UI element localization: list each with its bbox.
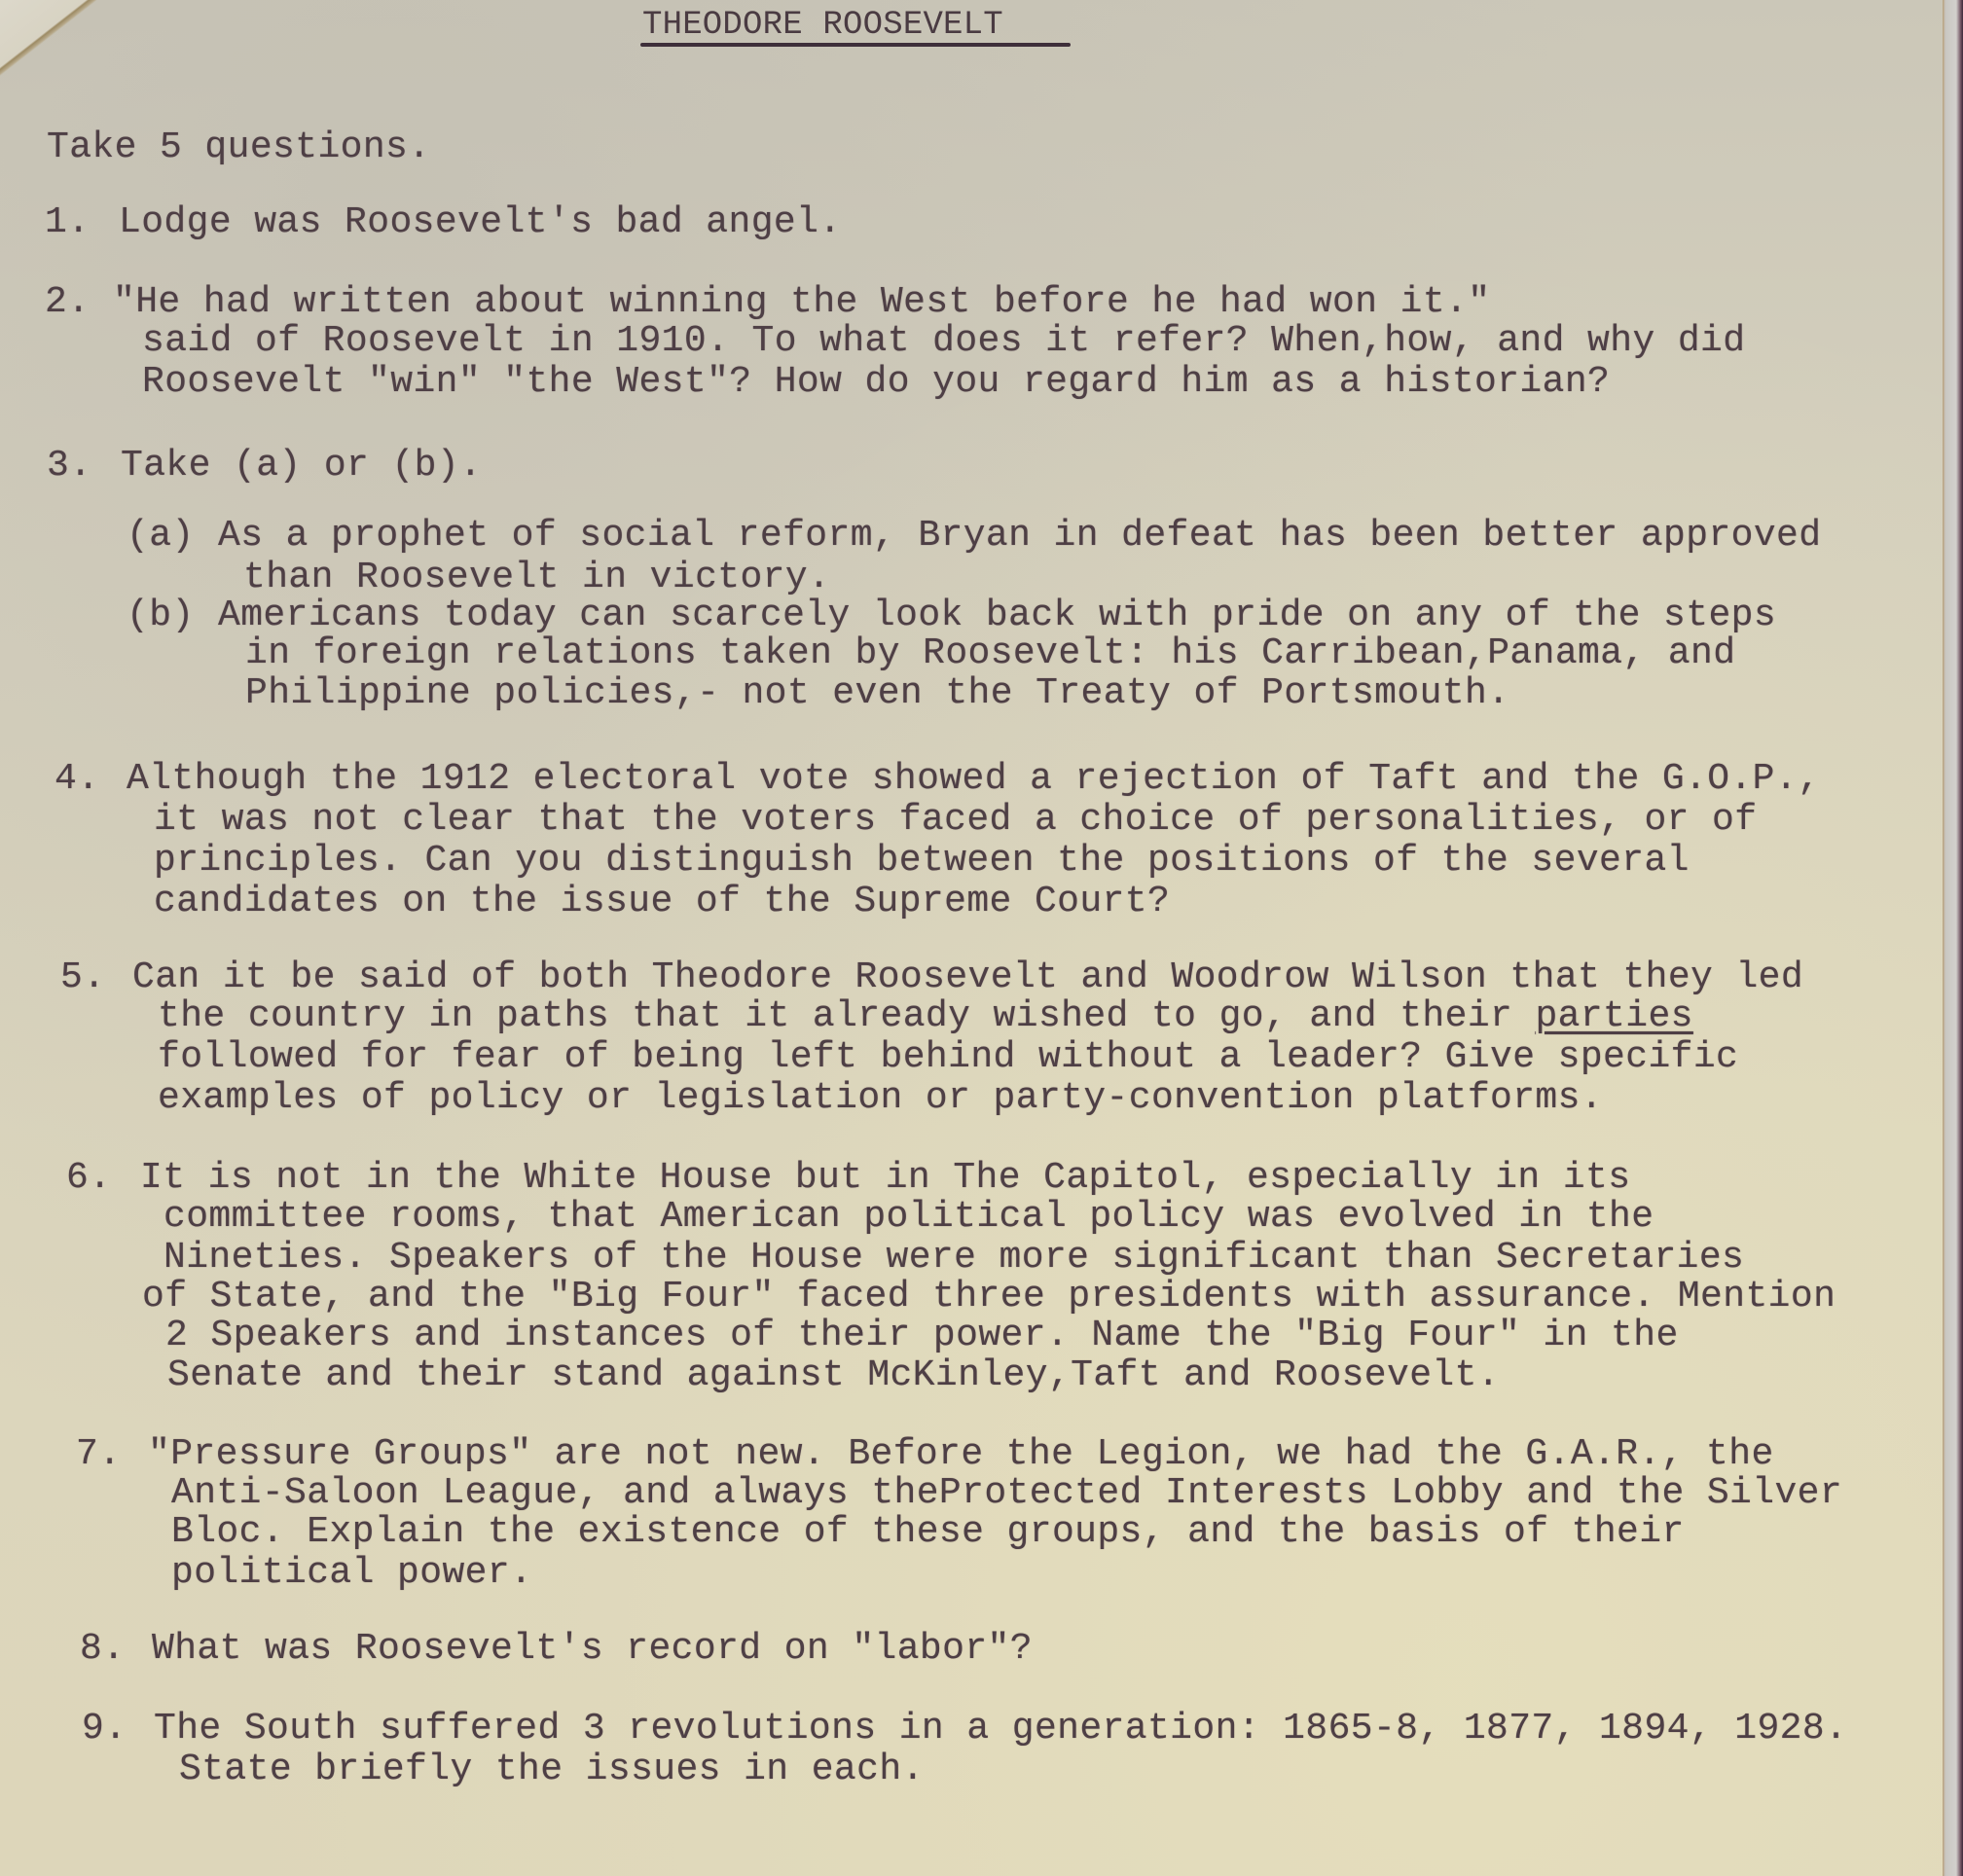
question-5-line-3: followed for fear of being left behind w… [158, 1037, 1738, 1077]
question-1-text: Lodge was Roosevelt's bad angel. [119, 202, 842, 242]
page-title: THEODORE ROOSEVELT [642, 6, 1003, 45]
question-7-line-2: Anti-Saloon League, and always theProtec… [171, 1473, 1842, 1513]
question-6-line-2: committee rooms, that American political… [164, 1197, 1654, 1237]
question-5-line-1: Can it be said of both Theodore Roosevel… [132, 957, 1803, 997]
question-6-line-3: Nineties. Speakers of the House were mor… [164, 1238, 1744, 1278]
question-4-line-1: Although the 1912 electoral vote showed … [127, 759, 1820, 799]
option-b-label: (b) [127, 595, 195, 635]
question-2-line-2: said of Roosevelt in 1910. To what does … [142, 321, 1745, 361]
question-9-number: 9. [82, 1709, 127, 1749]
question-2-line-3: Roosevelt "win" "the West"? How do you r… [142, 362, 1610, 402]
underlined-word-parties: parties [1535, 995, 1692, 1037]
question-8-text: What was Roosevelt's record on "labor"? [152, 1629, 1033, 1669]
question-8-number: 8. [80, 1629, 125, 1669]
option-a-line-1: As a prophet of social reform, Bryan in … [218, 516, 1821, 556]
instructions: Take 5 questions. [47, 127, 430, 167]
question-6-line-5: 2 Speakers and instances of their power.… [165, 1316, 1679, 1355]
option-a-line-2: than Roosevelt in victory. [243, 558, 830, 597]
question-2-line-1: "He had written about winning the West b… [113, 282, 1490, 322]
question-3-number: 3. [47, 446, 91, 486]
option-b-line-3: Philippine policies,- not even the Treat… [245, 673, 1509, 713]
question-4-line-3: principles. Can you distinguish between … [154, 841, 1690, 881]
option-a-label: (a) [127, 516, 195, 556]
question-9-line-1: The South suffered 3 revolutions in a ge… [154, 1709, 1847, 1749]
question-3-text: Take (a) or (b). [121, 446, 482, 486]
question-4-line-4: candidates on the issue of the Supreme C… [154, 882, 1170, 921]
question-1-number: 1. [45, 202, 90, 242]
title-underline [640, 43, 1071, 47]
question-9-line-2: State briefly the issues in each. [179, 1750, 925, 1789]
question-5-number: 5. [60, 957, 105, 997]
question-7-line-3: Bloc. Explain the existence of these gro… [171, 1512, 1685, 1552]
page-edge [1943, 0, 1963, 1876]
option-b-line-2: in foreign relations taken by Roosevelt:… [245, 633, 1735, 673]
question-6-line-1: It is not in the White House but in The … [140, 1158, 1630, 1198]
question-7-line-4: political power. [171, 1553, 532, 1593]
question-5-line-4: examples of policy or legislation or par… [158, 1078, 1603, 1118]
question-5-line-2-text: the country in paths that it already wis… [158, 995, 1535, 1037]
question-7-number: 7. [76, 1434, 121, 1474]
question-2-number: 2. [45, 282, 90, 322]
option-b-line-1: Americans today can scarcely look back w… [218, 595, 1776, 635]
question-6-line-6: Senate and their stand against McKinley,… [167, 1355, 1500, 1395]
question-5-line-2: the country in paths that it already wis… [158, 996, 1693, 1036]
question-4-number: 4. [55, 759, 99, 799]
question-6-number: 6. [66, 1158, 111, 1198]
question-4-line-2: it was not clear that the voters faced a… [154, 800, 1757, 840]
question-7-line-1: "Pressure Groups" are not new. Before th… [148, 1434, 1774, 1474]
question-6-line-4: of State, and the "Big Four" faced three… [142, 1277, 1836, 1317]
